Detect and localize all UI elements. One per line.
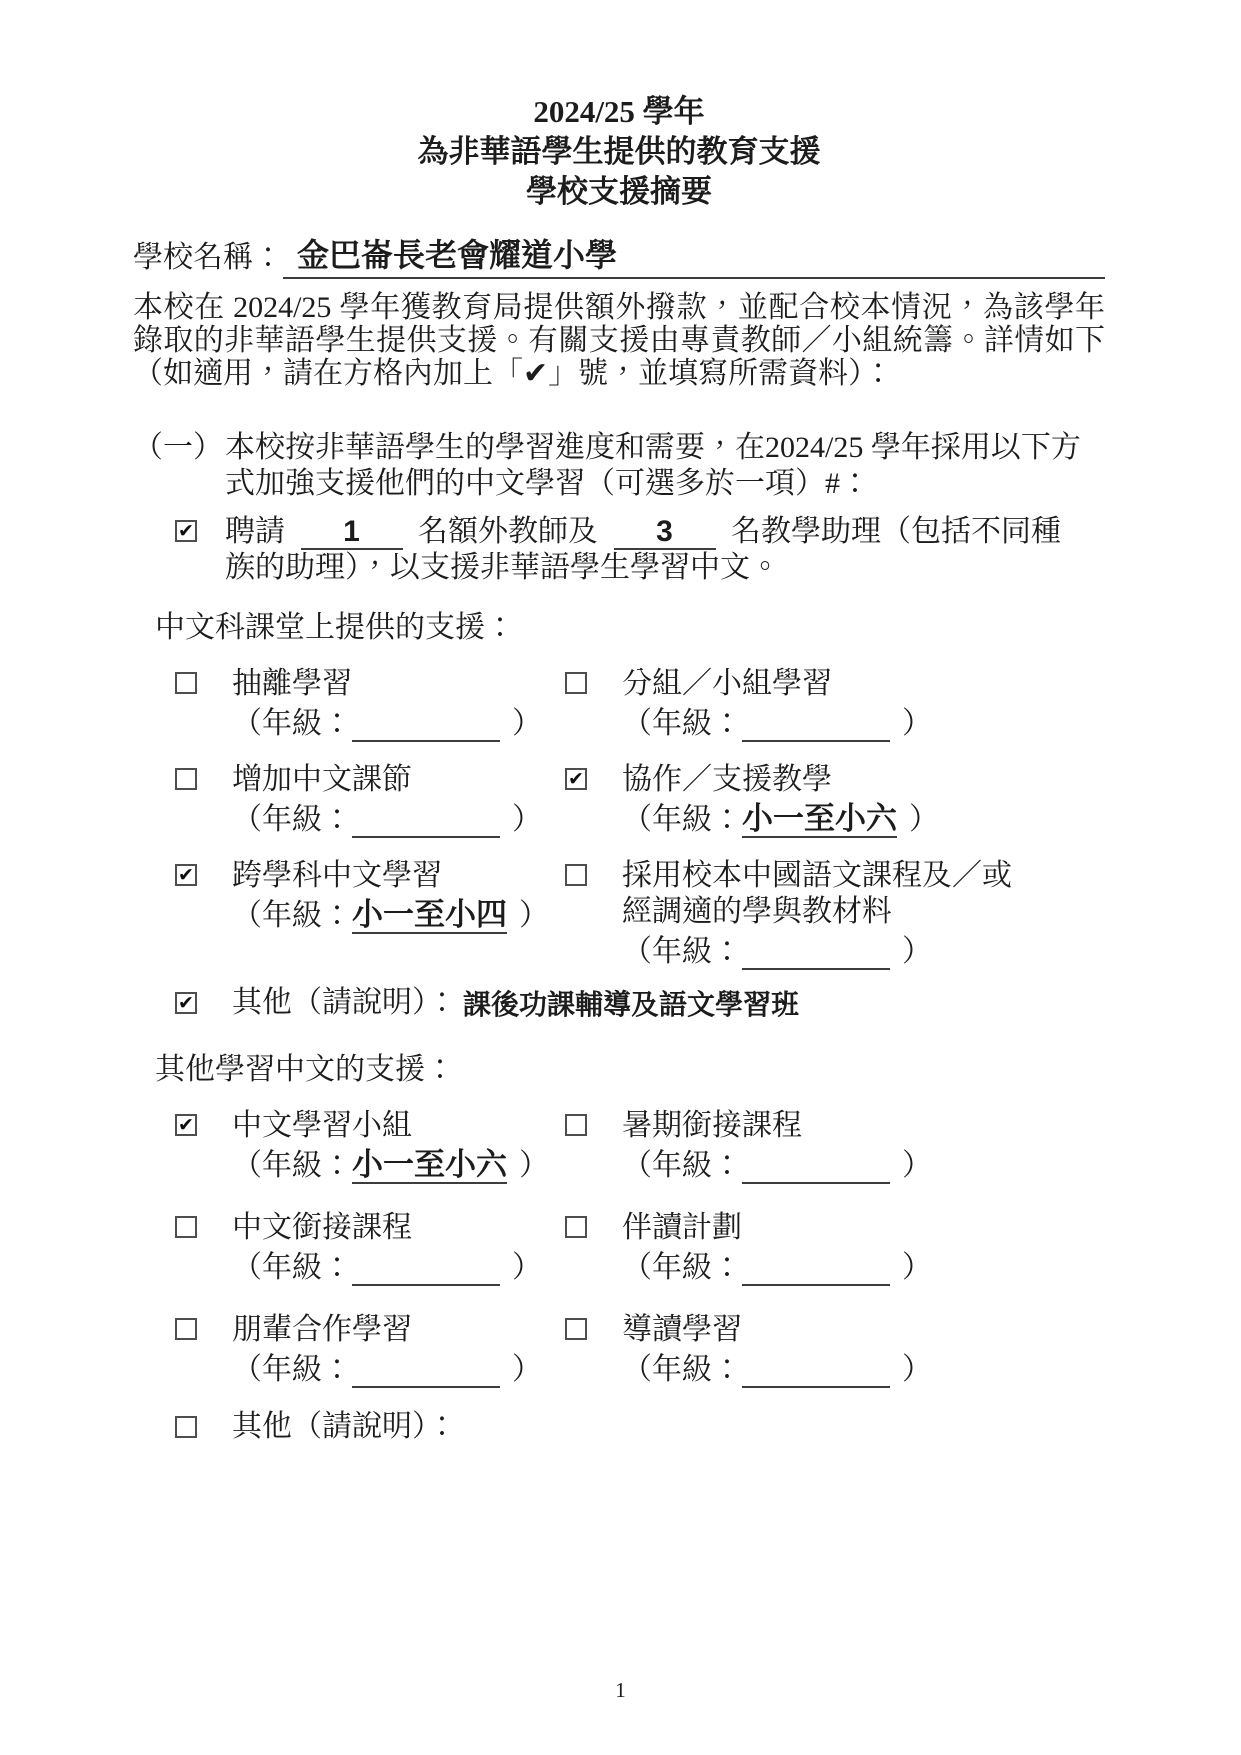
grade-suffix: ） [902,1149,932,1182]
grade-prefix: （年級： [622,1251,742,1284]
checkbox-chinese-bridging[interactable] [175,1216,197,1238]
grid-row: 抽離學習 （年級：） 分組／小組學習 （年級：） [175,666,1105,742]
grade-input-co-teaching[interactable]: 小一至小六 [742,802,897,838]
grid-row: ✔ 跨學科中文學習 （年級：小一至小四） 採用校本中國語文課程及／或經調適的學與… [175,858,1105,970]
support-item-additional-chinese-lessons: 增加中文課節 （年級：） [175,762,565,838]
checkbox-group-learning[interactable] [565,672,587,694]
grade-line: （年級：） [232,1352,542,1388]
support-item-school-based-curriculum: 採用校本中國語文課程及／或經調適的學與教材料 （年級：） [565,858,1105,970]
support-item-co-teaching: ✔ 協作／支援教學 （年級：小一至小六） [565,762,1105,838]
other-support-grid: ✔ 中文學習小組 （年級：小一至小六） 暑期銜接課程 （年級：） [175,1108,1105,1388]
support-item-pull-out-learning: 抽離學習 （年級：） [175,666,565,742]
grade-suffix: ） [902,1251,932,1284]
teacher-count-input[interactable]: 1 [301,516,403,550]
support-item-group-learning: 分組／小組學習 （年級：） [565,666,1105,742]
grade-prefix: （年級： [622,707,742,740]
title-line-summary: 學校支援摘要 [133,172,1105,212]
checkbox-pull-out-learning[interactable] [175,672,197,694]
support-item-reading-buddy: 伴讀計劃 （年級：） [565,1210,1105,1286]
grade-suffix: ） [512,1251,542,1284]
grade-suffix: ） [902,935,932,968]
grid-row: 中文銜接課程 （年級：） 伴讀計劃 （年級：） [175,1210,1105,1286]
grade-input-summer-bridging[interactable] [742,1182,890,1184]
document-title: 2024/25 學年 為非華語學生提供的教育支援 學校支援摘要 [133,92,1105,212]
grade-suffix: ） [902,707,932,740]
checkbox-peer-learning[interactable] [175,1318,197,1340]
grade-suffix: ） [519,899,549,932]
classroom-support-heading: 中文科課堂上提供的支援： [155,610,1105,646]
grade-input-learning-group[interactable]: 小一至小六 [352,1148,507,1184]
item-label: 暑期銜接課程 [622,1108,932,1144]
grade-prefix: （年級： [232,1353,352,1386]
grade-suffix: ） [512,707,542,740]
item-label: 中文學習小組 [232,1108,549,1144]
grade-prefix: （年級： [232,1251,352,1284]
grade-prefix: （年級： [232,899,352,932]
grade-line: （年級：小一至小四） [232,898,549,934]
grade-line: （年級：） [622,1352,932,1388]
other-label: 其他（請說明）： [232,984,457,1024]
title-line-programme: 為非華語學生提供的教育支援 [133,132,1105,172]
grade-line: （年級：） [622,1148,932,1184]
grade-prefix: （年級： [622,935,742,968]
grade-prefix: （年級： [232,803,352,836]
page-number: 1 [0,1678,1241,1703]
support-item-summer-bridging: 暑期銜接課程 （年級：） [565,1108,1105,1184]
support-item-chinese-learning-group: ✔ 中文學習小組 （年級：小一至小六） [175,1108,565,1184]
section-one-number: （一） [133,430,225,502]
document-page: 2024/25 學年 為非華語學生提供的教育支援 學校支援摘要 學校名稱： 金巴… [0,0,1241,1755]
grade-line: （年級：） [232,1250,542,1286]
grade-input-chinese-bridging[interactable] [352,1284,500,1286]
classroom-other-item: ✔ 其他（請說明）： 課後功課輔導及語文學習班 [175,984,1105,1024]
section-one-text: 本校按非華語學生的學習進度和需要，在2024/25 學年採用以下方式加強支援他們… [225,430,1105,502]
other-label: 其他（請說明）： [232,1408,457,1446]
grade-line: （年級：小一至小六） [232,1148,549,1184]
grade-prefix: （年級： [622,803,742,836]
classroom-support-grid: 抽離學習 （年級：） 分組／小組學習 （年級：） [175,666,1105,970]
grade-input-cross-curricular[interactable]: 小一至小四 [352,898,507,934]
grade-suffix: ） [902,1353,932,1386]
grade-line: （年級：） [232,706,542,742]
item-label: 採用校本中國語文課程及／或經調適的學與教材料 [622,858,1020,930]
grade-line: （年級：小一至小六） [622,802,939,838]
intro-paragraph: 本校在 2024/25 學年獲教育局提供額外撥款，並配合校本情況，為該學年錄取的… [133,291,1105,390]
grade-line: （年級：） [622,934,1020,970]
hire-staff-text: 聘請 1 名額外教師及 3 名教學助理（包括不同種族的助理），以支援非華語學生學… [225,514,1071,586]
checkbox-guided-reading[interactable] [565,1318,587,1340]
checkbox-summer-bridging[interactable] [565,1114,587,1136]
item-label: 朋輩合作學習 [232,1312,542,1348]
support-item-cross-curricular-chinese: ✔ 跨學科中文學習 （年級：小一至小四） [175,858,565,970]
item-label: 導讀學習 [622,1312,932,1348]
item-label: 分組／小組學習 [622,666,932,702]
document-content: 2024/25 學年 為非華語學生提供的教育支援 學校支援摘要 學校名稱： 金巴… [0,0,1241,1446]
checkbox-school-based-curriculum[interactable] [565,864,587,886]
item-label: 增加中文課節 [232,762,542,798]
grade-prefix: （年級： [232,1149,352,1182]
support-item-chinese-bridging: 中文銜接課程 （年級：） [175,1210,565,1286]
section-one: （一） 本校按非華語學生的學習進度和需要，在2024/25 學年採用以下方式加強… [133,430,1105,502]
support-item-peer-learning: 朋輩合作學習 （年級：） [175,1312,565,1388]
grade-suffix: ） [519,1149,549,1182]
other-support-other-item: 其他（請說明）： [175,1408,1105,1446]
school-name-label: 學校名稱： [133,232,283,279]
grade-line: （年級：） [622,706,932,742]
grade-input-additional-lessons[interactable] [352,836,500,838]
checkbox-other-classroom[interactable]: ✔ [175,992,197,1014]
grade-input-peer-learning[interactable] [352,1386,500,1388]
school-name-input[interactable]: 金巴崙長老會耀道小學 [283,233,1105,279]
item-label: 伴讀計劃 [622,1210,932,1246]
checkbox-co-teaching[interactable]: ✔ [565,768,587,790]
grade-input-group-learning[interactable] [742,740,890,742]
grade-line: （年級：） [232,802,542,838]
checkbox-chinese-learning-group[interactable]: ✔ [175,1114,197,1136]
school-name-row: 學校名稱： 金巴崙長老會耀道小學 [133,232,1105,279]
checkbox-cross-curricular-chinese[interactable]: ✔ [175,864,197,886]
item-label: 抽離學習 [232,666,542,702]
item-label: 協作／支援教學 [622,762,939,798]
title-line-year: 2024/25 學年 [133,92,1105,132]
grade-prefix: （年級： [622,1149,742,1182]
grid-row: ✔ 中文學習小組 （年級：小一至小六） 暑期銜接課程 （年級：） [175,1108,1105,1184]
other-classroom-input[interactable]: 課後功課輔導及語文學習班 [463,984,799,1024]
grade-input-reading-buddy[interactable] [742,1284,890,1286]
assistant-count-input[interactable]: 3 [614,516,716,550]
grade-line: （年級：） [622,1250,932,1286]
grade-prefix: （年級： [622,1353,742,1386]
grid-row: 增加中文課節 （年級：） ✔ 協作／支援教學 （年級：小一至小六） [175,762,1105,838]
grade-suffix: ） [512,803,542,836]
checkbox-other-support[interactable] [175,1416,197,1438]
hire-prefix: 聘請 [225,515,285,548]
hire-staff-item: ✔ 聘請 1 名額外教師及 3 名教學助理（包括不同種族的助理），以支援非華語學… [133,514,1105,586]
grid-row: 朋輩合作學習 （年級：） 導讀學習 （年級：） [175,1312,1105,1388]
support-item-guided-reading: 導讀學習 （年級：） [565,1312,1105,1388]
grade-input-guided-reading[interactable] [742,1386,890,1388]
item-label: 中文銜接課程 [232,1210,542,1246]
checkbox-reading-buddy[interactable] [565,1216,587,1238]
grade-prefix: （年級： [232,707,352,740]
item-label: 跨學科中文學習 [232,858,549,894]
hire-middle: 名額外教師及 [418,515,598,548]
grade-input-school-based[interactable] [742,968,890,970]
checkbox-hire-staff[interactable]: ✔ [175,520,197,542]
grade-suffix: ） [909,803,939,836]
grade-input-pull-out[interactable] [352,740,500,742]
checkbox-additional-chinese-lessons[interactable] [175,768,197,790]
grade-suffix: ） [512,1353,542,1386]
other-support-heading: 其他學習中文的支援： [155,1052,1105,1088]
